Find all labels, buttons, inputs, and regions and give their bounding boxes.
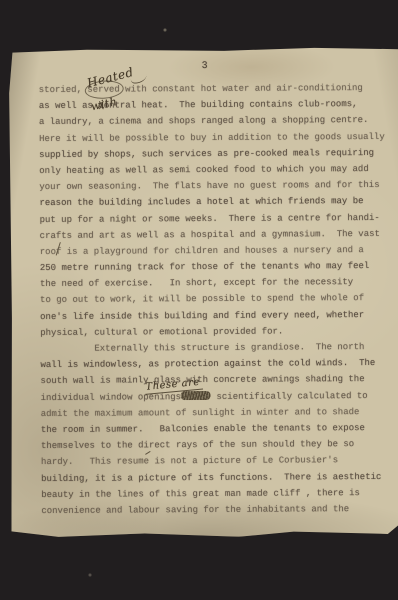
typed-segment: crafts and art as well as a hospital and… [40,229,380,241]
typed-segment: only heating as well as semi cooked food… [39,164,369,176]
page-number: 3 [9,60,398,74]
typewritten-page: 3 storied, served with constant hot wate… [9,47,398,538]
typed-segment: put up for a night or some weeks. There … [40,212,380,224]
typed-segment: admit the maximum amount of sunlight in … [41,407,360,419]
typed-segment: themselves to the direct rays of the sun… [41,439,354,451]
typed-text: storied, served with constant hot water … [39,80,387,519]
typed-segment: beauty in the lines of this great man ma… [41,488,360,500]
typed-segment: Externally this structure is grandiose. … [40,342,364,354]
typed-segment: is not a picture of Le Corbusier's [149,456,338,467]
annotations-layer: HeatedwithThese are [9,47,398,49]
typed-segment: physical, cultural or emotional provided… [40,326,283,337]
typed-segment: building, it is a picture of its functio… [41,471,381,483]
pen-scribble [181,391,211,400]
scanned-document-photo: 3 storied, served with constant hot wate… [0,0,398,600]
pen-slashed-letter: f [56,247,61,257]
typed-segment: convenience and labour saving for the in… [41,504,349,516]
typed-segment: central heat. The building contains club… [98,99,357,111]
typed-segment: reason the building includes a hotel at … [39,196,363,208]
typed-segment: to go out to work, it will be possible t… [40,293,364,305]
typed-segment: hardy. This resum [41,457,144,468]
typed-segment: is a playground for children and houses … [61,245,364,257]
typed-segment: scientifically calculated to [211,391,368,402]
typed-segment: Here it will be possible to buy in addit… [39,131,385,143]
typed-segment: a laundry, a cinema and shops ranged alo… [39,115,369,127]
typed-segment: wall is windowless, as protection agains… [40,358,375,370]
typed-segment: the need of exercise. In short, except f… [40,277,353,289]
typed-segment: supplied by shops, such services as pre-… [39,148,374,160]
typed-segment: with constant hot water and air-conditio… [120,83,363,94]
typed-segment: one's life inside this building and find… [40,310,364,322]
typed-segment: the room in summer. Balconies enable the… [41,423,365,435]
typed-line: convenience and labour saving for the in… [41,501,387,519]
typed-segment: 250 metre running track for those of the… [40,261,370,273]
typed-segment: your own seasoning. The flats have no gu… [39,180,379,192]
typed-segment: storied, [39,85,88,95]
typed-segment: roo [40,247,56,257]
pen-accented-letter: e [144,457,149,467]
